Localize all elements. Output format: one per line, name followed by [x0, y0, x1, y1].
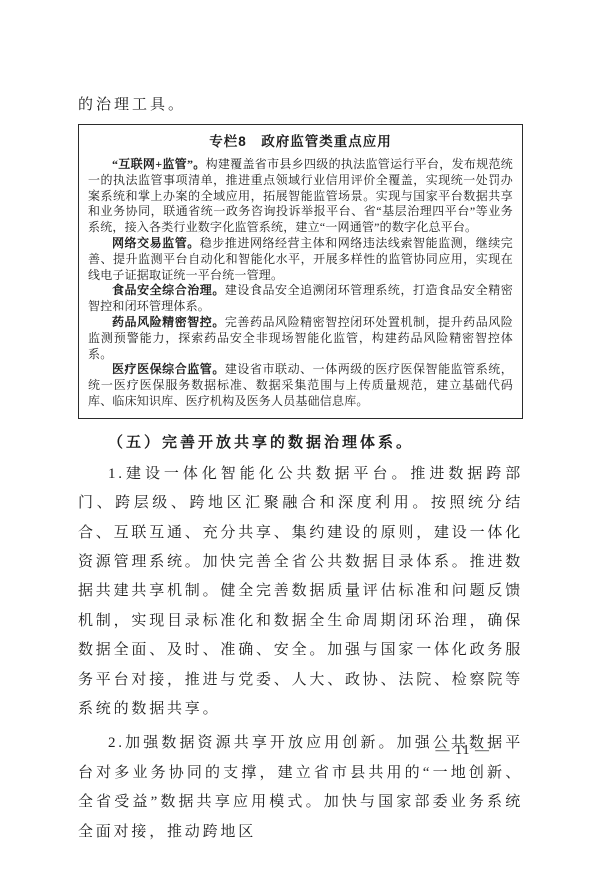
box-paragraph-medical-insurance: 医疗医保综合监管。建设省市联动、一体两级的医疗医保智能监管系统，统一医疗医保服务…: [88, 362, 513, 409]
box-paragraph-lead: 医疗医保综合监管。: [112, 362, 225, 376]
box-paragraph-drug-risk: 药品风险精密智控。完善药品风险精密智控闭环处置机制，提升药品风险监测预警能力，探…: [88, 315, 513, 362]
body-paragraph-1: 1.建设一体化智能化公共数据平台。推进数据跨部门、跨层级、跨地区汇聚融合和深度利…: [78, 460, 523, 725]
text-column: 的治理工具。 专栏8 政府监管类重点应用 “互联网+监管”。构建覆盖省市县乡四级…: [78, 0, 523, 847]
box-paragraph-lead: “互联网+监管”。: [112, 157, 206, 171]
box-paragraph-lead: 食品安全综合治理。: [112, 283, 225, 297]
box-paragraph-lead: 药品风险精密智控。: [112, 315, 225, 329]
column-8-title: 专栏8 政府监管类重点应用: [88, 132, 513, 151]
page-number: — 11 —: [436, 743, 490, 759]
section-heading-five: （五）完善开放共享的数据治理体系。: [78, 432, 523, 455]
box-paragraph-lead: 网络交易监管。: [112, 236, 200, 250]
document-page: 的治理工具。 专栏8 政府监管类重点应用 “互联网+监管”。构建覆盖省市县乡四级…: [0, 0, 600, 872]
continuation-paragraph: 的治理工具。: [78, 95, 523, 115]
box-paragraph-food-safety: 食品安全综合治理。建设食品安全追溯闭环管理系统，打造食品安全精密智控和闭环管理体…: [88, 283, 513, 315]
box-paragraph-internet-regulation: “互联网+监管”。构建覆盖省市县乡四级的执法监管运行平台，发布规范统一的执法监管…: [88, 157, 513, 236]
column-8-box: 专栏8 政府监管类重点应用 “互联网+监管”。构建覆盖省市县乡四级的执法监管运行…: [78, 124, 523, 419]
box-paragraph-online-trade: 网络交易监管。稳步推进网络经营主体和网络违法线索智能监测，继续完善、提升监测平台…: [88, 236, 513, 283]
